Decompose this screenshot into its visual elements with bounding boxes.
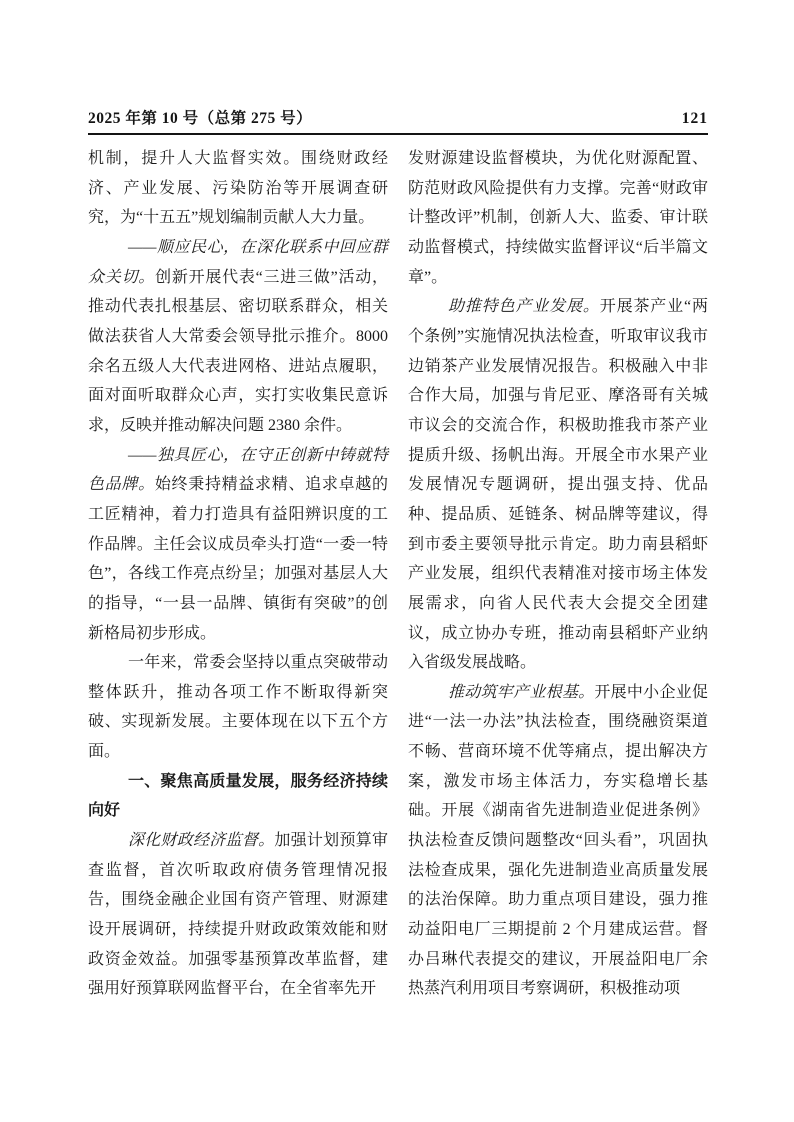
document-page: 2025 年第 10 号（总第 275 号） 121 机制，提升人大监督实效。围… — [0, 0, 794, 1122]
text-run: 加强计划预算审查监督，首次听取政府债务管理情况报告，围绕金融企业国有资产管理、财… — [88, 832, 388, 997]
page-header: 2025 年第 10 号（总第 275 号） 121 — [88, 108, 708, 135]
lead-in-emphasis-text: 助推特色产业发展。 — [448, 298, 600, 315]
text-run: 发财源建设监督模块，为优化财源配置、防范财政风险提供有力支撑。完善“财政审计整改… — [408, 150, 708, 286]
left-column: 机制，提升人大监督实效。围绕财政经济、产业发展、污染防治等开展调查研究，为“十五… — [88, 144, 388, 1004]
issue-label: 2025 年第 10 号（总第 275 号） — [88, 108, 312, 130]
right-column: 发财源建设监督模块，为优化财源配置、防范财政风险提供有力支撑。完善“财政审计整改… — [408, 144, 708, 1004]
body-paragraph: 深化财政经济监督。加强计划预算审查监督，首次听取政府债务管理情况报告，围绕金融企… — [88, 826, 388, 1004]
body-paragraph: 一年来，常委会坚持以重点突破带动整体跃升，推动各项工作不断取得新突破、实现新发展… — [88, 648, 388, 767]
text-run: 一年来，常委会坚持以重点突破带动整体跃升，推动各项工作不断取得新突破、实现新发展… — [88, 654, 388, 760]
page-number: 121 — [682, 108, 708, 130]
body-paragraph: 推动筑牢产业根基。开展中小企业促进“一法一办法”执法检查，围绕融资渠道不畅、营商… — [408, 678, 708, 1004]
body-paragraph: 发财源建设监督模块，为优化财源配置、防范财政风险提供有力支撑。完善“财政审计整改… — [408, 144, 708, 292]
body-paragraph: ——顺应民心，在深化联系中回应群众关切。创新开展代表“三进三做”活动，推动代表扎… — [88, 233, 388, 441]
text-run: 机制，提升人大监督实效。围绕财政经济、产业发展、污染防治等开展调查研究，为“十五… — [88, 150, 388, 226]
two-column-body: 机制，提升人大监督实效。围绕财政经济、产业发展、污染防治等开展调查研究，为“十五… — [88, 144, 708, 1004]
text-run: 开展中小企业促进“一法一办法”执法检查，围绕融资渠道不畅、营商环境不优等痛点，提… — [408, 684, 708, 998]
text-run: 开展茶产业“两个条例”实施情况执法检查，听取审议我市边销茶产业发展情况报告。积极… — [408, 298, 708, 671]
text-run: 创新开展代表“三进三做”活动，推动代表扎根基层、密切联系群众，相关做法获省人大常… — [88, 269, 388, 434]
text-run: 始终秉持精益求精、追求卓越的工匠精神，着力打造具有益阳辨识度的工作品牌。主任会议… — [88, 476, 388, 641]
lead-in-emphasis-text: 深化财政经济监督。 — [128, 832, 274, 849]
lead-in-emphasis-text: 推动筑牢产业根基。 — [448, 684, 594, 701]
body-paragraph: 助推特色产业发展。开展茶产业“两个条例”实施情况执法检查，听取审议我市边销茶产业… — [408, 292, 708, 678]
section-heading: 一、聚焦高质量发展，服务经济持续向好 — [88, 767, 388, 826]
body-paragraph: ——独具匠心，在守正创新中铸就特色品牌。始终秉持精益求精、追求卓越的工匠精神，着… — [88, 441, 388, 649]
body-paragraph: 机制，提升人大监督实效。围绕财政经济、产业发展、污染防治等开展调查研究，为“十五… — [88, 144, 388, 233]
heading-text: 一、聚焦高质量发展，服务经济持续向好 — [88, 773, 388, 820]
